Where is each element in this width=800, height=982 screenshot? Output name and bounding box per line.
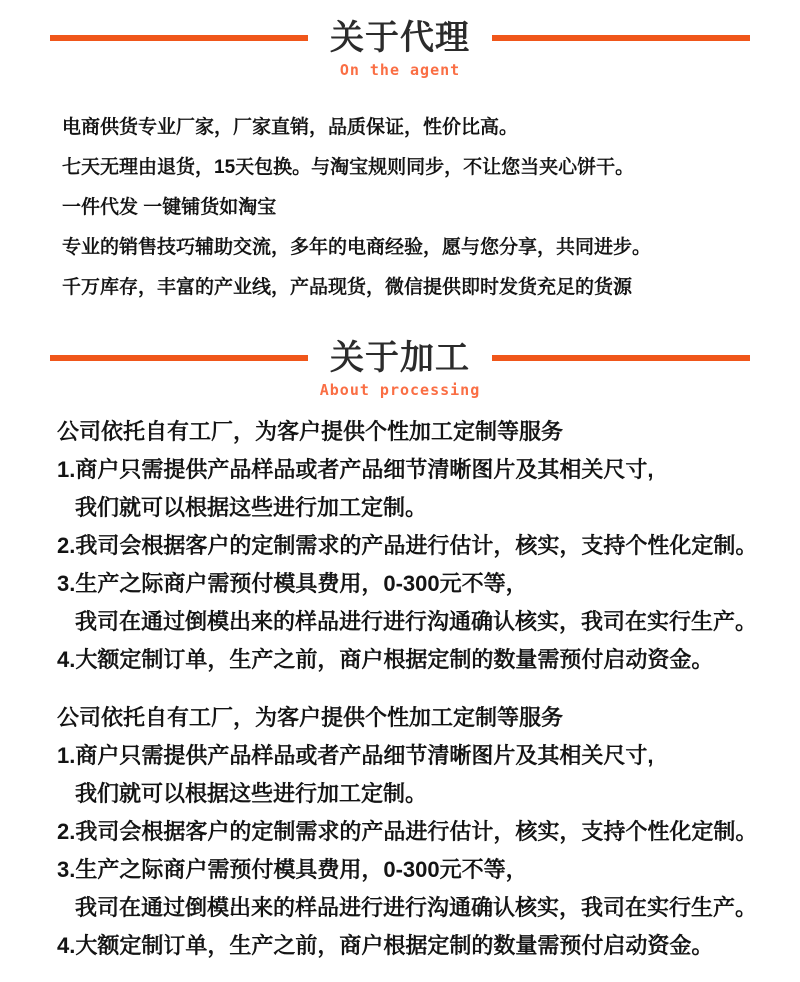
processing-line-continuation: 我司在通过倒模出来的样品进行进行沟通确认核实，我司在实行生产。 bbox=[57, 889, 782, 927]
processing-line: 4.大额定制订单，生产之前，商户根据定制的数量需预付启动资金。 bbox=[57, 927, 782, 965]
processing-line: 1.商户只需提供产品样品或者产品细节清晰图片及其相关尺寸, bbox=[57, 451, 782, 489]
agent-section-header: 关于代理 bbox=[0, 16, 800, 60]
agent-text-block: 电商供货专业厂家，厂家直销，品质保证，性价比高。 七天无理由退货，15天包换。与… bbox=[62, 108, 780, 308]
agent-line: 七天无理由退货，15天包换。与淘宝规则同步，不让您当夹心饼干。 bbox=[62, 148, 780, 188]
agent-section: 关于代理 On the agent 电商供货专业厂家，厂家直销，品质保证，性价比… bbox=[0, 0, 800, 308]
agent-line: 电商供货专业厂家，厂家直销，品质保证，性价比高。 bbox=[62, 108, 780, 148]
processing-line: 1.商户只需提供产品样品或者产品细节清晰图片及其相关尺寸, bbox=[57, 737, 782, 775]
processing-line-continuation: 我司在通过倒模出来的样品进行进行沟通确认核实，我司在实行生产。 bbox=[57, 603, 782, 641]
processing-line-continuation: 我们就可以根据这些进行加工定制。 bbox=[57, 489, 782, 527]
processing-section-subtitle: About processing bbox=[0, 381, 800, 399]
header-rule-right bbox=[492, 35, 750, 41]
processing-line-continuation: 我们就可以根据这些进行加工定制。 bbox=[57, 775, 782, 813]
processing-line: 3.生产之际商户需预付模具费用，0-300元不等， bbox=[57, 851, 782, 889]
agent-line: 一件代发 一键铺货如淘宝 bbox=[62, 188, 780, 228]
header-rule-left bbox=[50, 355, 308, 361]
processing-block-2: 公司依托自有工厂，为客户提供个性加工定制等服务 1.商户只需提供产品样品或者产品… bbox=[57, 699, 782, 965]
header-rule-right bbox=[492, 355, 750, 361]
processing-line: 3.生产之际商户需预付模具费用，0-300元不等， bbox=[57, 565, 782, 603]
agent-line: 千万库存，丰富的产业线，产品现货，微信提供即时发货充足的货源 bbox=[62, 268, 780, 308]
processing-line: 2.我司会根据客户的定制需求的产品进行估计，核实，支持个性化定制。 bbox=[57, 527, 782, 565]
processing-section: 关于加工 About processing 公司依托自有工厂，为客户提供个性加工… bbox=[0, 336, 800, 965]
processing-line: 公司依托自有工厂，为客户提供个性加工定制等服务 bbox=[57, 413, 782, 451]
processing-line: 公司依托自有工厂，为客户提供个性加工定制等服务 bbox=[57, 699, 782, 737]
processing-block-1: 公司依托自有工厂，为客户提供个性加工定制等服务 1.商户只需提供产品样品或者产品… bbox=[57, 413, 782, 679]
agent-section-title: 关于代理 bbox=[330, 16, 470, 60]
header-rule-left bbox=[50, 35, 308, 41]
processing-section-title: 关于加工 bbox=[330, 336, 470, 380]
agent-section-subtitle: On the agent bbox=[0, 61, 800, 79]
processing-line: 4.大额定制订单，生产之前，商户根据定制的数量需预付启动资金。 bbox=[57, 641, 782, 679]
processing-section-header: 关于加工 bbox=[0, 336, 800, 380]
agent-line: 专业的销售技巧辅助交流，多年的电商经验，愿与您分享，共同进步。 bbox=[62, 228, 780, 268]
processing-line: 2.我司会根据客户的定制需求的产品进行估计，核实，支持个性化定制。 bbox=[57, 813, 782, 851]
product-detail-page: 关于代理 On the agent 电商供货专业厂家，厂家直销，品质保证，性价比… bbox=[0, 0, 800, 982]
